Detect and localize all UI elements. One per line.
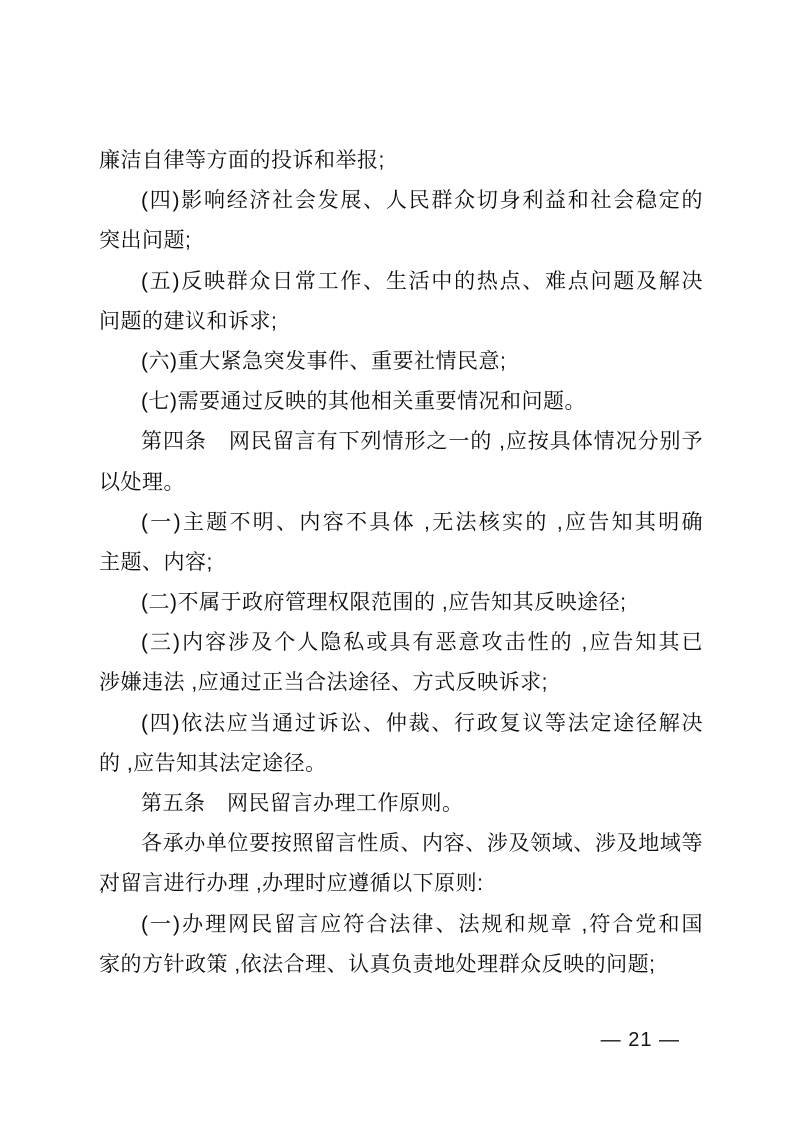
text-line: (二)不属于政府管理权限范围的 ,应告知其反映途径; (99, 583, 703, 623)
text-line: 家的方针政策 ,依法合理、认真负责地处理群众反映的问题; (99, 945, 703, 985)
text-line: 对留言进行办理 ,办理时应遵循以下原则: (99, 864, 703, 904)
text-line: 突出问题; (99, 221, 703, 261)
text-line: (五)反映群众日常工作、生活中的热点、难点问题及解决 (99, 262, 703, 302)
text-line: 第五条 网民留言办理工作原则。 (99, 784, 703, 824)
text-line: 涉嫌违法 ,应通过正当合法途径、方式反映诉求; (99, 663, 703, 703)
text-line: 第四条 网民留言有下列情形之一的 ,应按具体情况分别予 (99, 422, 703, 462)
document-page: 廉洁自律等方面的投诉和举报;(四)影响经济社会发展、人民群众切身利益和社会稳定的… (0, 0, 793, 1122)
text-line: (七)需要通过反映的其他相关重要情况和问题。 (99, 382, 703, 422)
text-line: 各承办单位要按照留言性质、内容、涉及领域、涉及地域等 , (99, 824, 703, 864)
text-line: 主题、内容; (99, 543, 703, 583)
text-line: 以处理。 (99, 463, 703, 503)
text-line: (六)重大紧急突发事件、重要社情民意; (99, 342, 703, 382)
text-line: (一)主题不明、内容不具体 ,无法核实的 ,应告知其明确 (99, 503, 703, 543)
page-number: — 21 — (601, 1029, 680, 1051)
text-line: (四)依法应当通过诉讼、仲裁、行政复议等法定途径解决 (99, 704, 703, 744)
text-line: (四)影响经济社会发展、人民群众切身利益和社会稳定的 (99, 181, 703, 221)
text-line: (一)办理网民留言应符合法律、法规和规章 ,符合党和国 (99, 905, 703, 945)
text-line: (三)内容涉及个人隐私或具有恶意攻击性的 ,应告知其已 (99, 623, 703, 663)
text-line: 的 ,应告知其法定途径。 (99, 744, 703, 784)
text-line: 问题的建议和诉求; (99, 302, 703, 342)
text-content: 廉洁自律等方面的投诉和举报;(四)影响经济社会发展、人民群众切身利益和社会稳定的… (99, 141, 703, 985)
text-line: 廉洁自律等方面的投诉和举报; (99, 141, 703, 181)
